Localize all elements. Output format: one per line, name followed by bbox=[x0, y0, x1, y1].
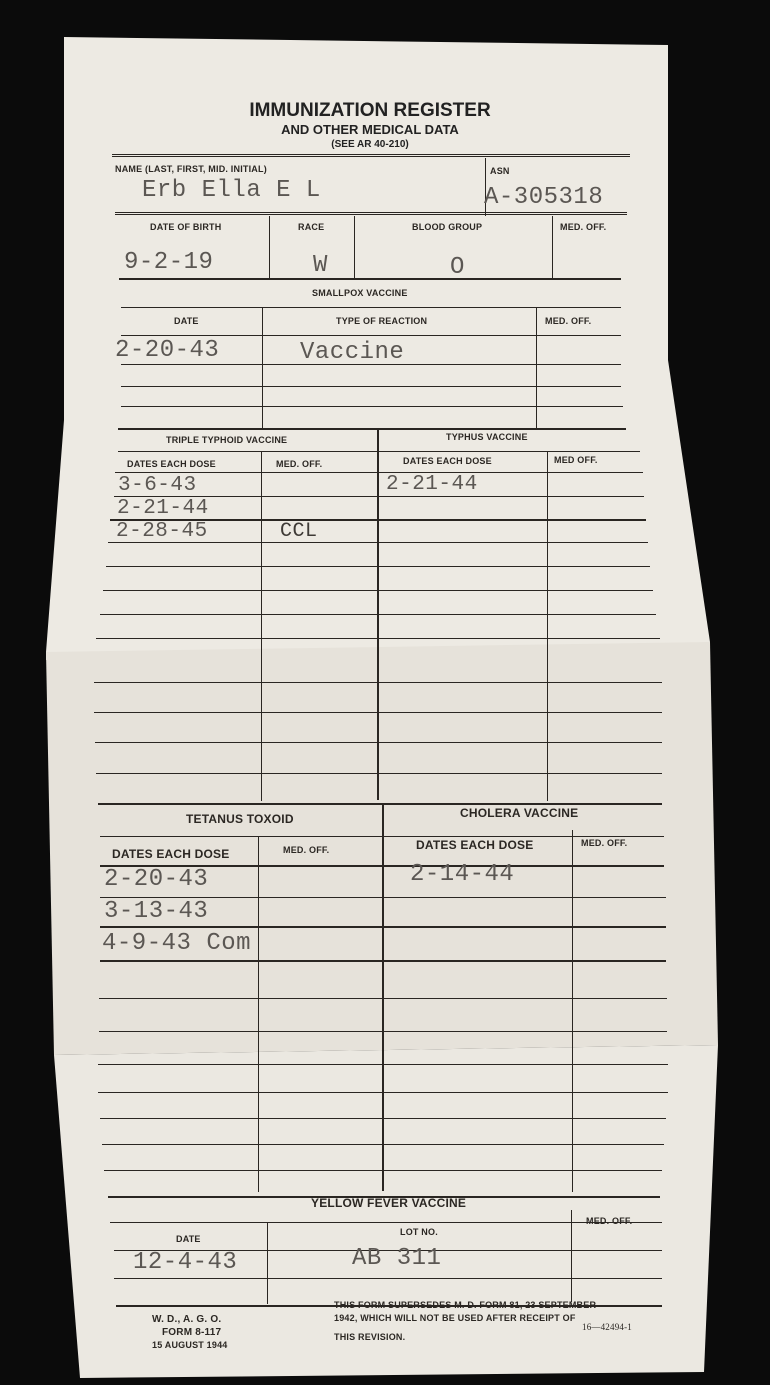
rule bbox=[115, 212, 627, 215]
cholera-heading: CHOLERA VACCINE bbox=[460, 806, 578, 820]
typhoid-medoff-3: CCL bbox=[280, 520, 318, 543]
rule bbox=[118, 451, 640, 452]
rule bbox=[121, 406, 623, 407]
rule bbox=[114, 1278, 662, 1279]
divider bbox=[262, 307, 263, 429]
rule bbox=[106, 566, 650, 567]
rule bbox=[108, 542, 648, 543]
typhoid-date-3: 2-28-45 bbox=[116, 520, 208, 543]
smallpox-heading: SMALLPOX VACCINE bbox=[312, 288, 408, 298]
center-divider bbox=[382, 803, 384, 1191]
typhoid-col-medoff: MED. OFF. bbox=[276, 459, 322, 469]
rule bbox=[100, 836, 664, 837]
divider bbox=[261, 451, 262, 801]
rule bbox=[96, 638, 660, 639]
rule bbox=[110, 1222, 662, 1223]
rule bbox=[121, 386, 621, 387]
form-reference: (SEE AR 40-210) bbox=[0, 139, 740, 150]
rule bbox=[99, 1031, 667, 1032]
rule bbox=[104, 1170, 662, 1171]
rule bbox=[112, 154, 630, 157]
footer-agency: W. D., A. G. O. bbox=[152, 1314, 221, 1325]
typhoid-heading: TRIPLE TYPHOID VACCINE bbox=[166, 435, 287, 445]
name-value: Erb Ella E L bbox=[142, 177, 321, 204]
divider bbox=[552, 216, 553, 278]
name-label: NAME (LAST, FIRST, MID. INITIAL) bbox=[115, 164, 267, 174]
immunization-register-form: IMMUNIZATION REGISTER AND OTHER MEDICAL … bbox=[0, 0, 770, 1385]
divider bbox=[267, 1222, 268, 1304]
rule bbox=[94, 682, 662, 683]
divider bbox=[258, 836, 259, 1192]
rule bbox=[121, 364, 621, 365]
rule bbox=[95, 742, 662, 743]
tetanus-date-3: 4-9-43 Com bbox=[102, 930, 251, 957]
rule bbox=[99, 998, 667, 999]
asn-label: ASN bbox=[490, 166, 510, 176]
divider bbox=[572, 830, 573, 1192]
smallpox-date-1: 2-20-43 bbox=[115, 337, 219, 364]
divider bbox=[571, 1210, 572, 1302]
rule bbox=[94, 712, 662, 713]
form-subtitle: AND OTHER MEDICAL DATA bbox=[0, 122, 740, 137]
footer-supersedes-line1: THIS FORM SUPERSEDES M. D. FORM 81, 23 S… bbox=[334, 1300, 596, 1310]
race-label: RACE bbox=[298, 222, 324, 232]
yellow-fever-heading: YELLOW FEVER VACCINE bbox=[311, 1196, 466, 1210]
rule bbox=[118, 428, 626, 430]
upper-fold-panel bbox=[0, 0, 770, 660]
blood-group-value: O bbox=[450, 254, 465, 281]
race-value: W bbox=[313, 252, 328, 279]
rule bbox=[98, 1092, 668, 1093]
cholera-col-medoff: MED. OFF. bbox=[581, 838, 627, 848]
rule bbox=[119, 278, 621, 280]
typhus-col-dates: DATES EACH DOSE bbox=[403, 456, 492, 466]
rule bbox=[100, 1118, 666, 1119]
dob-label: DATE OF BIRTH bbox=[150, 222, 221, 232]
yellow-fever-col-lot: LOT NO. bbox=[400, 1227, 438, 1237]
typhoid-date-2: 2-21-44 bbox=[117, 497, 209, 520]
divider bbox=[269, 216, 270, 278]
rule bbox=[115, 472, 643, 473]
rule bbox=[100, 614, 656, 615]
yellow-fever-lot-1: AB 311 bbox=[352, 1245, 441, 1272]
divider bbox=[547, 451, 548, 801]
tetanus-col-medoff: MED. OFF. bbox=[283, 845, 329, 855]
divider bbox=[536, 307, 537, 429]
rule bbox=[98, 1064, 668, 1065]
typhus-col-medoff: MED OFF. bbox=[554, 455, 598, 465]
cholera-date-1: 2-14-44 bbox=[410, 861, 514, 888]
footer-print-code: 16—42494-1 bbox=[582, 1322, 632, 1332]
tetanus-date-1: 2-20-43 bbox=[104, 866, 208, 893]
blood-group-label: BLOOD GROUP bbox=[412, 222, 482, 232]
rule bbox=[103, 590, 653, 591]
medoff-label: MED. OFF. bbox=[560, 222, 606, 232]
yellow-fever-date-1: 12-4-43 bbox=[133, 1249, 237, 1276]
smallpox-col-medoff: MED. OFF. bbox=[545, 316, 591, 326]
footer-form-number: FORM 8-117 bbox=[162, 1327, 221, 1338]
typhoid-date-1: 3-6-43 bbox=[118, 474, 197, 497]
footer-supersedes-line2: 1942, WHICH WILL NOT BE USED AFTER RECEI… bbox=[334, 1313, 576, 1323]
form-title: IMMUNIZATION REGISTER bbox=[0, 100, 740, 122]
tetanus-heading: TETANUS TOXOID bbox=[186, 812, 294, 826]
rule bbox=[102, 1144, 664, 1145]
yellow-fever-col-medoff: MED. OFF. bbox=[586, 1216, 632, 1226]
rule bbox=[98, 803, 662, 805]
rule bbox=[100, 926, 666, 928]
footer-supersedes-line3: THIS REVISION. bbox=[334, 1332, 405, 1342]
dob-value: 9-2-19 bbox=[124, 249, 213, 276]
tetanus-col-dates: DATES EACH DOSE bbox=[112, 847, 229, 861]
smallpox-reaction-1: Vaccine bbox=[300, 339, 404, 366]
typhus-date-1: 2-21-44 bbox=[386, 473, 478, 496]
rule bbox=[121, 307, 621, 308]
cholera-col-dates: DATES EACH DOSE bbox=[416, 838, 533, 852]
typhus-heading: TYPHUS VACCINE bbox=[446, 432, 528, 442]
yellow-fever-col-date: DATE bbox=[176, 1234, 201, 1244]
rule bbox=[100, 960, 666, 962]
smallpox-col-reaction: TYPE OF REACTION bbox=[336, 316, 427, 326]
footer-form-date: 15 AUGUST 1944 bbox=[152, 1340, 228, 1350]
smallpox-col-date: DATE bbox=[174, 316, 199, 326]
divider bbox=[354, 216, 355, 278]
asn-value: A-305318 bbox=[484, 184, 603, 211]
rule bbox=[121, 335, 621, 336]
typhoid-col-dates: DATES EACH DOSE bbox=[127, 459, 216, 469]
rule bbox=[96, 773, 662, 774]
tetanus-date-2: 3-13-43 bbox=[104, 898, 208, 925]
